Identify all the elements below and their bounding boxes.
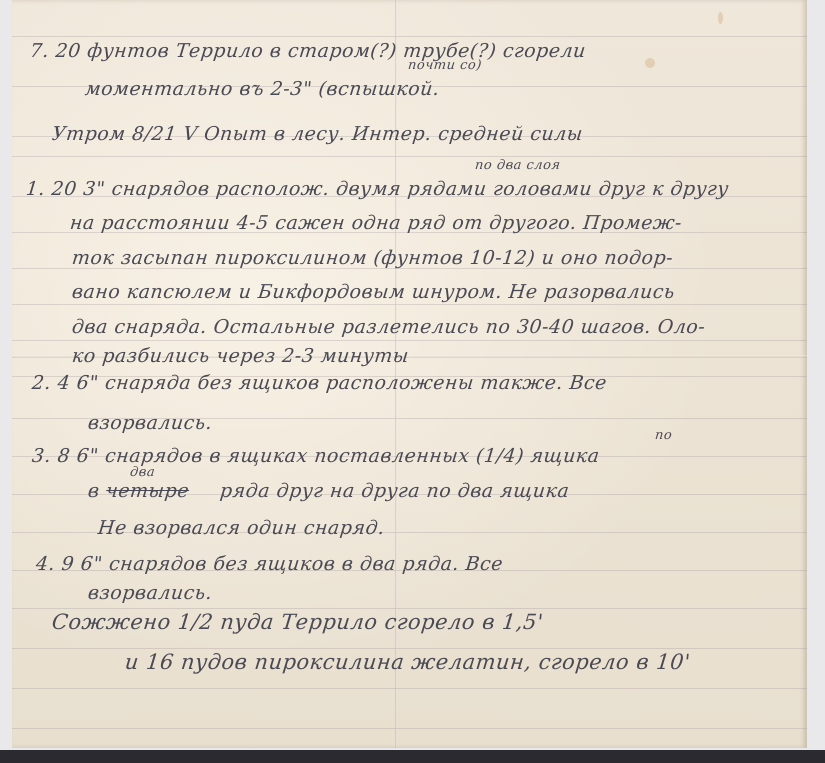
ruled-line	[12, 608, 807, 609]
line-item-1-cont: на расстоянии 4-5 сажен одна ряд от друг…	[69, 212, 683, 234]
ruled-line	[12, 36, 807, 37]
line-insert-note: по два слоя	[474, 158, 561, 173]
paper-stain	[718, 12, 723, 24]
line-heading-7-cont: моментально въ 2-3" (вспышкой.	[84, 78, 441, 100]
ruled-line	[12, 688, 807, 689]
line-item-4-cont: взорвались.	[87, 582, 214, 604]
ruled-line	[12, 728, 807, 729]
paper-stain	[645, 58, 655, 68]
ruled-line	[12, 340, 807, 341]
line-item-3: 3. 8 6" снарядов в ящиках поставленных (…	[31, 445, 601, 467]
line-item-4: 4. 9 6" снарядов без ящиков в два ряда. …	[35, 553, 504, 575]
line-item-1-cont: два снаряда. Остальные разлетелись по 30…	[71, 316, 707, 338]
ruled-line	[12, 304, 807, 305]
line-burned-summary: Сожжено 1/2 пуда Террило сгорело в 1,5'	[51, 610, 545, 634]
line-item-1-cont: ко разбились через 2-3 минуты	[71, 345, 410, 367]
line-insert-note: два	[129, 465, 156, 480]
line-item-1-cont: ток засыпан пироксилином (фунтов 10-12) …	[71, 247, 675, 269]
ruled-line	[12, 648, 807, 649]
struck-word: четыре	[105, 480, 190, 502]
ruled-line	[12, 156, 807, 157]
line-item-3-prefix: в четыре	[87, 480, 190, 502]
line-item-2-cont: взорвались.	[87, 412, 214, 434]
line-insert-note: по	[654, 428, 673, 443]
line-item-2: 2. 4 6" снаряда без ящиков расположены т…	[31, 372, 608, 394]
line-burned-summary-cont: и 16 пудов пироксилина желатин, сгорело …	[124, 650, 692, 674]
line-item-1: 1. 20 3" снарядов располож. двумя рядами…	[25, 178, 730, 200]
line-item-3-word: в	[87, 480, 101, 502]
line-experiment-date: Утром 8/21 V Опыт в лесу. Интер. средней…	[51, 123, 584, 145]
line-heading-7: 7. 20 фунтов Террило в старом(?) трубе(?…	[29, 40, 587, 62]
line-item-1-cont: вано капсюлем и Бикфордовым шнуром. Не р…	[71, 281, 676, 303]
line-item-3-result: Не взорвался один снаряд.	[97, 517, 386, 539]
line-item-3-cont: ряда друг на друга по два ящика	[219, 480, 571, 502]
line-insert-note: почти со)	[407, 58, 482, 73]
